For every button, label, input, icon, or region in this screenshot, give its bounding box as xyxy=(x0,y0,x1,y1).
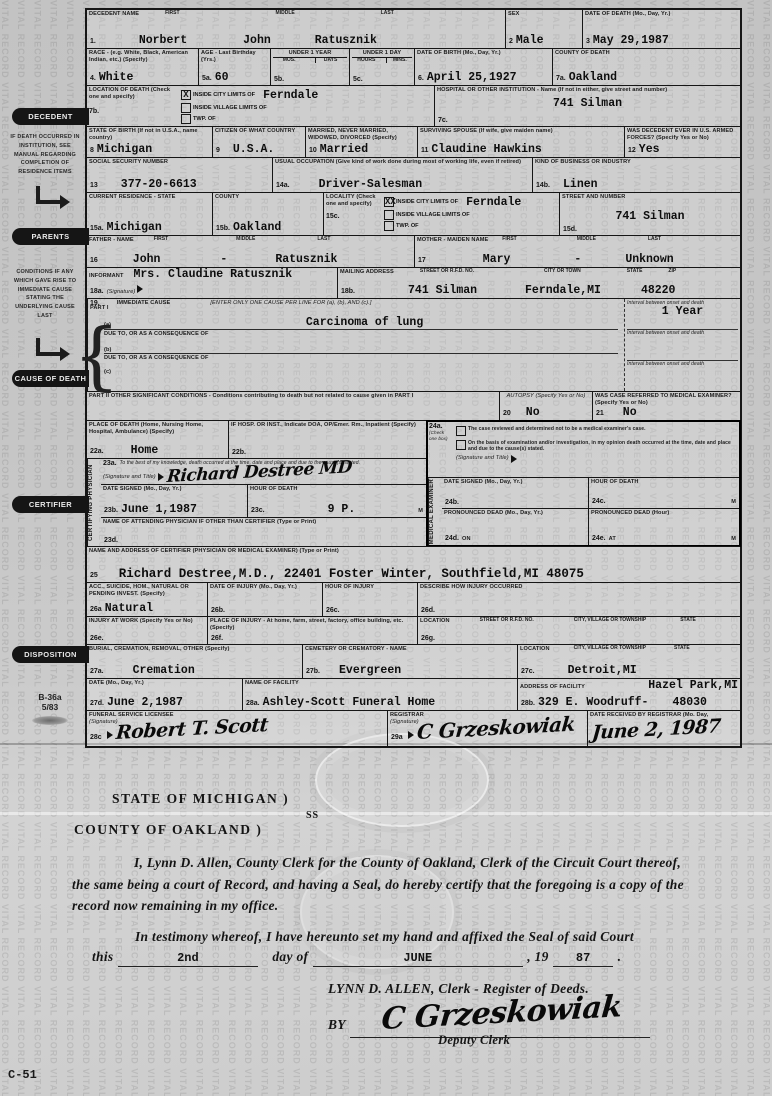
cause-section: { 19. IMMEDIATE CAUSE [ENTER ONLY ONE CA… xyxy=(87,298,740,391)
field-hour-of-death: HOUR OF DEATH 23c. 9 P. M xyxy=(247,485,426,517)
field-occupation: USUAL OCCUPATION (Give kind of work done… xyxy=(272,158,532,192)
date-fill-line: this 2nd day of JUNE , 19 87 . xyxy=(92,946,722,968)
field-race: RACE - (e.g. White, Black, American Indi… xyxy=(87,49,198,85)
death-certificate-scan: VITAL RECORD VITAL RECORD VITAL RECORD V… xyxy=(0,0,772,1096)
field-father-name: FATHER - NAME FIRST MIDDLE LAST 16 John … xyxy=(87,236,414,267)
field-immediate-cause: 19. IMMEDIATE CAUSE [ENTER ONLY ONE CAUS… xyxy=(87,299,625,391)
certifying-physician-strip: CERTIFYING PHYSICIAN xyxy=(87,459,101,546)
form-row: SOCIAL SECURITY NUMBER 13377-20-6613 USU… xyxy=(87,157,740,192)
arrow-icon xyxy=(137,285,143,293)
field-if-hosp: IF HOSP. OR INST., Indicate DOA, OP/Emer… xyxy=(228,421,426,458)
field-injury-location: LOCATION STREET OR R.F.D. NO. CITY, VILL… xyxy=(417,617,740,644)
field-pronounced-date: PRONOUNCED DEAD (Mo., Day, Yr.) 24d.ON xyxy=(442,509,588,545)
tab-cause-of-death: CAUSE OF DEATH xyxy=(12,370,89,387)
field-manner-of-death: ACC., SUICIDE, HOM., NATURAL OR PENDING … xyxy=(87,583,207,616)
tab-decedent: DECEDENT xyxy=(12,108,89,125)
field-marital-status: MARRIED, NEVER MARRIED, WIDOWED, DIVORCE… xyxy=(305,127,417,157)
ss-label: SS xyxy=(306,810,319,821)
medical-examiner-strip: MEDICAL EXAMINER xyxy=(428,478,442,545)
form-row: ACC., SUICIDE, HOM., NATURAL OR PENDING … xyxy=(87,582,740,616)
tab-disposition: DISPOSITION xyxy=(12,646,89,663)
field-state-of-birth: STATE OF BIRTH (If not in U.S.A., name c… xyxy=(87,127,212,157)
county-line: COUNTY OF OAKLAND ) xyxy=(74,822,262,838)
field-pronounced-hour: PRONOUNCED DEAD (Hour) 24e.AT M xyxy=(588,509,739,545)
field-place-of-injury: PLACE OF INJURY - At home, farm, street,… xyxy=(207,617,417,644)
form-row: BURIAL, CREMATION, REMOVAL, OTHER (Speci… xyxy=(87,644,740,678)
field-surviving-spouse: SURVIVING SPOUSE (If wife, give maiden n… xyxy=(417,127,624,157)
field-place-of-death: PLACE OF DEATH (Home, Nursing Home, Hosp… xyxy=(87,421,228,458)
field-certifier-name-address: NAME AND ADDRESS OF CERTIFIER (PHYSICIAN… xyxy=(87,547,740,582)
checkbox-not-me-case xyxy=(456,426,466,436)
form-row: RACE - (e.g. White, Black, American Indi… xyxy=(87,48,740,85)
state-line: STATE OF MICHIGAN ) xyxy=(112,791,289,807)
arrow-icon xyxy=(107,731,113,739)
certification-body: I, Lynn D. Allen, County Clerk for the C… xyxy=(72,852,697,917)
field-residence-county: COUNTY 15b.Oakland xyxy=(212,193,323,235)
field-disposition-location: LOCATION CITY, VILLAGE OR TOWNSHIP STATE… xyxy=(517,645,740,678)
form-row: NAME AND ADDRESS OF CERTIFIER (PHYSICIAN… xyxy=(87,546,740,582)
date-received-handwritten: June 2, 1987 xyxy=(591,715,721,744)
form-row: FATHER - NAME FIRST MIDDLE LAST 16 John … xyxy=(87,235,740,267)
field-ssn: SOCIAL SECURITY NUMBER 13377-20-6613 xyxy=(87,158,272,192)
field-residence-state: CURRENT RESIDENCE - STATE 15a.Michigan xyxy=(87,193,212,235)
checkbox-village-limits xyxy=(181,103,191,113)
field-part2-conditions: PART II OTHER SIGNIFICANT CONDITIONS - C… xyxy=(87,392,499,420)
field-attending-physician: NAME OF ATTENDING PHYSICIAN IF OTHER THA… xyxy=(101,518,426,546)
field-funeral-licensee: FUNERAL SERVICE LICENSEE (Signature) 28c… xyxy=(87,711,387,746)
field-under-1-year: UNDER 1 YEAR MOS.DAYS 5b. xyxy=(270,49,349,85)
form-row: INJURY AT WORK (Specify Yes or No) 26e. … xyxy=(87,616,740,644)
form-row: LOCATION OF DEATH (Check one and specify… xyxy=(87,85,740,126)
field-sex: SEX 2Male xyxy=(505,10,582,48)
field-county-of-death: COUNTY OF DEATH 7a.Oakland xyxy=(552,49,740,85)
day-filled: 2nd xyxy=(177,951,199,965)
form-row: CURRENT RESIDENCE - STATE 15a.Michigan C… xyxy=(87,192,740,235)
field-disposition-method: BURIAL, CREMATION, REMOVAL, OTHER (Speci… xyxy=(87,645,302,678)
field-registrar: REGISTRAR (Signature) 29a C Grzeskowiak xyxy=(387,711,587,746)
checkbox-village-limits xyxy=(384,210,394,220)
year-filled: 87 xyxy=(576,951,590,965)
testimony-line: In testimony whereof, I have hereunto se… xyxy=(135,926,634,948)
field-hospital: HOSPITAL OR OTHER INSTITUTION - Name (If… xyxy=(434,86,740,126)
field-mother-name: MOTHER - MAIDEN NAME FIRST MIDDLE LAST 1… xyxy=(414,236,740,267)
field-me-hour: HOUR OF DEATH 24c. M xyxy=(588,478,739,508)
form-row: INFORMANT Mrs. Claudine Ratusznik 18a. (… xyxy=(87,267,740,298)
field-hour-of-injury: HOUR OF INJURY 26c. xyxy=(322,583,417,616)
form-row: STATE OF BIRTH (If not in U.S.A., name c… xyxy=(87,126,740,157)
field-residence-locality: LOCALITY (Check one and specify) 15c. XX… xyxy=(323,193,559,235)
medical-examiner-box: 24a. (Check one box) The case reviewed a… xyxy=(426,420,741,547)
elbow-arrow-icon xyxy=(36,338,60,356)
small-seal-icon xyxy=(32,716,68,725)
field-me-date-signed: DATE SIGNED (Mo., Day, Yr.) 24b. xyxy=(442,478,588,508)
form-number: B-36a5/83 xyxy=(30,692,70,712)
elbow-arrow-icon xyxy=(36,186,60,204)
field-location-of-death: LOCATION OF DEATH (Check one and specify… xyxy=(87,86,434,126)
field-date-of-death: DATE OF DEATH (Mo., Day, Yr.) 3May 29,19… xyxy=(582,10,740,48)
field-cemetery: CEMETERY OR CREMATORY - NAME 27b.Evergre… xyxy=(302,645,517,678)
field-injury-at-work: INJURY AT WORK (Specify Yes or No) 26e. xyxy=(87,617,207,644)
field-physician-attest: 23a. To the best of my knowledge, death … xyxy=(101,459,426,485)
field-age: AGE - Last Birthday (Yrs.) 5a.60 xyxy=(198,49,270,85)
checkbox-twp xyxy=(384,221,394,231)
field-informant: INFORMANT Mrs. Claudine Ratusznik 18a. (… xyxy=(87,268,337,298)
field-date-of-injury: DATE OF INJURY (Mo., Day, Yr.) 26b. xyxy=(207,583,322,616)
deputy-clerk-label: Deputy Clerk xyxy=(438,1030,510,1050)
margin-note-institution: IF DEATH OCCURRED IN INSTITUTION, SEE MA… xyxy=(10,133,80,177)
tab-parents: PARENTS xyxy=(12,228,89,245)
field-date-received: DATE RECEIVED BY REGISTRAR (Mo. Day, Jun… xyxy=(587,711,740,746)
arrow-icon xyxy=(408,731,414,739)
field-armed-forces: WAS DECEDENT EVER IN U.S. ARMED FORCES? … xyxy=(624,127,740,157)
tab-certifier: CERTIFIER xyxy=(12,496,89,513)
margin-note-conditions: CONDITIONS IF ANY WHICH GAVE RISE TO IMM… xyxy=(10,268,80,321)
month-filled: JUNE xyxy=(403,951,432,965)
arrow-icon xyxy=(511,455,517,463)
field-residence-street: STREET AND NUMBER 741 Silman 15d. xyxy=(559,193,740,235)
form-row: DECEDENT NAME FIRST MIDDLE LAST 1. Norbe… xyxy=(87,10,740,48)
field-date-of-birth: DATE OF BIRTH (Mo., Day, Yr.) 6.April 25… xyxy=(414,49,552,85)
field-referred-to-me: WAS CASE REFERRED TO MEDICAL EXAMINER? (… xyxy=(592,392,740,420)
arrow-icon xyxy=(158,473,164,481)
field-date-signed: DATE SIGNED (Mo., Day, Yr.) 23b.June 1,1… xyxy=(101,485,247,517)
checkbox-twp xyxy=(181,114,191,124)
certifier-section: PLACE OF DEATH (Home, Nursing Home, Hosp… xyxy=(87,420,740,546)
checkbox-city-limits: XX xyxy=(384,197,394,207)
form-row: DATE (Mo., Day, Yr.) 27d.June 2,1987 NAM… xyxy=(87,678,740,710)
field-disposition-date: DATE (Mo., Day, Yr.) 27d.June 2,1987 xyxy=(87,679,242,710)
checkbox-me-opinion xyxy=(456,440,466,450)
certificate-form: DECEDENT NAME FIRST MIDDLE LAST 1. Norbe… xyxy=(85,8,742,748)
field-decedent-name: DECEDENT NAME FIRST MIDDLE LAST 1. Norbe… xyxy=(87,10,505,48)
field-under-1-day: UNDER 1 DAY HOURSMINS. 5c. xyxy=(349,49,414,85)
bottom-code: C-51 xyxy=(8,1068,37,1082)
field-citizen: CITIZEN OF WHAT COUNTRY 9U.S.A. xyxy=(212,127,305,157)
field-facility-name: NAME OF FACILITY 28a.Ashley-Scott Funera… xyxy=(242,679,517,710)
field-industry: KIND OF BUSINESS OR INDUSTRY 14b.Linen xyxy=(532,158,740,192)
form-row: PART II OTHER SIGNIFICANT CONDITIONS - C… xyxy=(87,391,740,420)
field-how-injury-occurred: DESCRIBE HOW INJURY OCCURRED 26d. xyxy=(417,583,740,616)
interval-column: Interval between onset and death 1 Year … xyxy=(625,299,740,391)
field-facility-address: ADDRESS OF FACILITY Hazel Park,MI 28b. 3… xyxy=(517,679,740,710)
checkbox-city-limits: X xyxy=(181,90,191,100)
form-row: FUNERAL SERVICE LICENSEE (Signature) 28c… xyxy=(87,710,740,746)
field-autopsy: AUTOPSY (Specify Yes or No) 20No xyxy=(499,392,592,420)
field-mailing-address: MAILING ADDRESS STREET OR R.F.D. NO. CIT… xyxy=(337,268,740,298)
